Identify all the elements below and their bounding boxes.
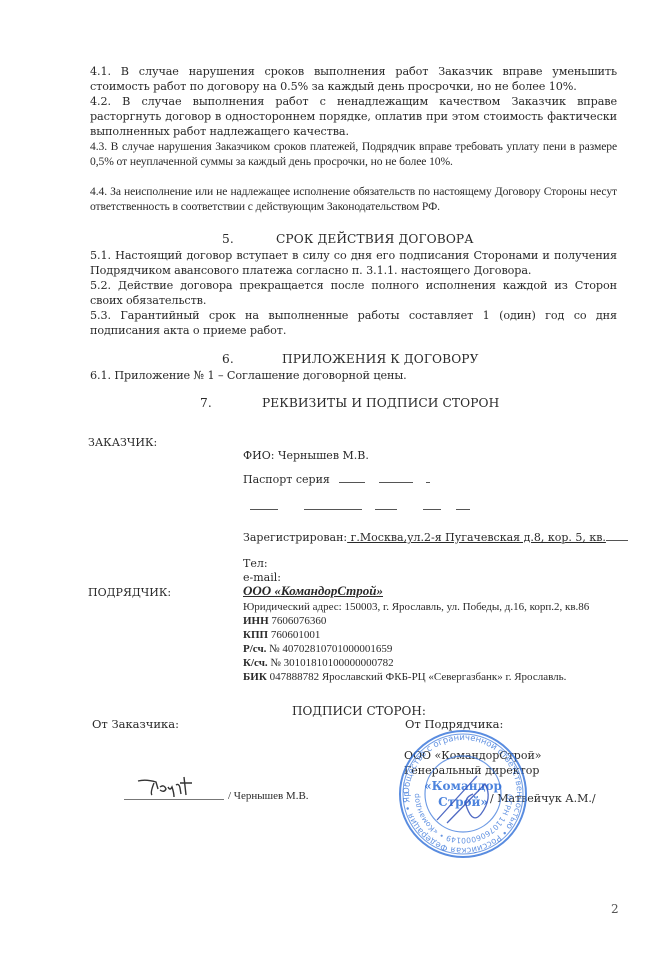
clause-4-2: 4.2. В случае выполнения работ с ненадле… [90, 94, 617, 139]
passport-issued-blank-line [250, 500, 470, 513]
customer-signature-line [124, 799, 224, 800]
company-stamp: Общество с ограниченной ответственностью… [397, 728, 529, 860]
page-number: 2 [611, 902, 619, 916]
kpp-label: КПП [243, 629, 268, 641]
inn-value: 7606076360 [269, 615, 327, 627]
section-title: ПРИЛОЖЕНИЯ К ДОГОВОРУ [282, 352, 479, 366]
customer-registered: Зарегистрирован: г.Москва,ул.2-я Пугачев… [243, 531, 628, 544]
passport-series-blank [339, 473, 365, 483]
blank-segment [423, 500, 441, 510]
registered-address: г.Москва,ул.2-я Пугачевская д.8, кор. 5,… [347, 531, 606, 544]
passport-dash [426, 473, 430, 483]
bik-label: БИК [243, 671, 267, 683]
apartment-blank [606, 531, 628, 541]
customer-fio: ФИО: Чернышев М.В. [243, 449, 369, 462]
document-page: 4.1. В случае нарушения сроков выполнени… [0, 0, 661, 960]
customer-label: ЗАКАЗЧИК: [88, 436, 157, 449]
contractor-company: ООО «КомандорСтрой» [243, 583, 383, 598]
clause-5-1: 5.1. Настоящий договор вступает в силу с… [90, 248, 617, 278]
section-title: СРОК ДЕЙСТВИЯ ДОГОВОРА [276, 232, 474, 246]
contractor-company-line: ООО «КомандорСтрой» [243, 583, 383, 599]
blank-segment [375, 500, 397, 510]
customer-passport: Паспорт серия [243, 473, 430, 486]
customer-signatory-name: / Чернышев М.В. [228, 790, 309, 802]
clause-5-2: 5.2. Действие договора прекращается посл… [90, 278, 617, 308]
customer-signature [124, 775, 224, 801]
section-title: РЕКВИЗИТЫ И ПОДПИСИ СТОРОН [262, 396, 499, 410]
contractor-bik: БИК 047888782 Ярославский ФКБ-РЦ «Северг… [243, 671, 566, 683]
blank-segment [456, 500, 470, 510]
rs-label: Р/сч. [243, 643, 266, 655]
registered-label: Зарегистрирован: [243, 531, 347, 544]
contractor-ks: К/сч. № 30101810100000000782 [243, 657, 394, 669]
contractor-inn: ИНН 7606076360 [243, 615, 326, 627]
ks-label: К/сч. [243, 657, 268, 669]
blank-segment [250, 500, 278, 510]
contractor-kpp: КПП 760601001 [243, 629, 320, 641]
customer-phone: Тел: [243, 557, 268, 570]
section-number: 6. [222, 352, 234, 366]
passport-number-blank [379, 473, 413, 483]
clause-6-1: 6.1. Приложение № 1 – Соглашение договор… [90, 368, 617, 383]
clause-4-1: 4.1. В случае нарушения сроков выполнени… [90, 64, 617, 94]
bik-value: 047888782 Ярославский ФКБ-РЦ «Севергазба… [267, 671, 567, 683]
contractor-address: Юридический адрес: 150003, г. Ярославль,… [243, 601, 589, 613]
clause-4-4: 4.4. За неисполнение или не надлежащее и… [90, 184, 617, 214]
signatures-title: ПОДПИСИ СТОРОН: [292, 704, 426, 718]
clause-4-3: 4.3. В случае нарушения Заказчиком сроко… [90, 139, 617, 169]
contractor-rs: Р/сч. № 40702810701000001659 [243, 643, 392, 655]
kpp-value: 760601001 [268, 629, 320, 641]
passport-label: Паспорт серия [243, 473, 330, 486]
rs-value: № 40702810701000001659 [266, 643, 392, 655]
inn-label: ИНН [243, 615, 269, 627]
section-number: 5. [222, 232, 234, 246]
blank-segment [304, 500, 362, 510]
clause-5-3: 5.3. Гарантийный срок на выполненные раб… [90, 308, 617, 338]
section-number: 7. [200, 396, 212, 410]
ks-value: № 30101810100000000782 [268, 657, 394, 669]
from-customer-label: От Заказчика: [92, 717, 179, 731]
contractor-label: ПОДРЯДЧИК: [88, 586, 171, 599]
